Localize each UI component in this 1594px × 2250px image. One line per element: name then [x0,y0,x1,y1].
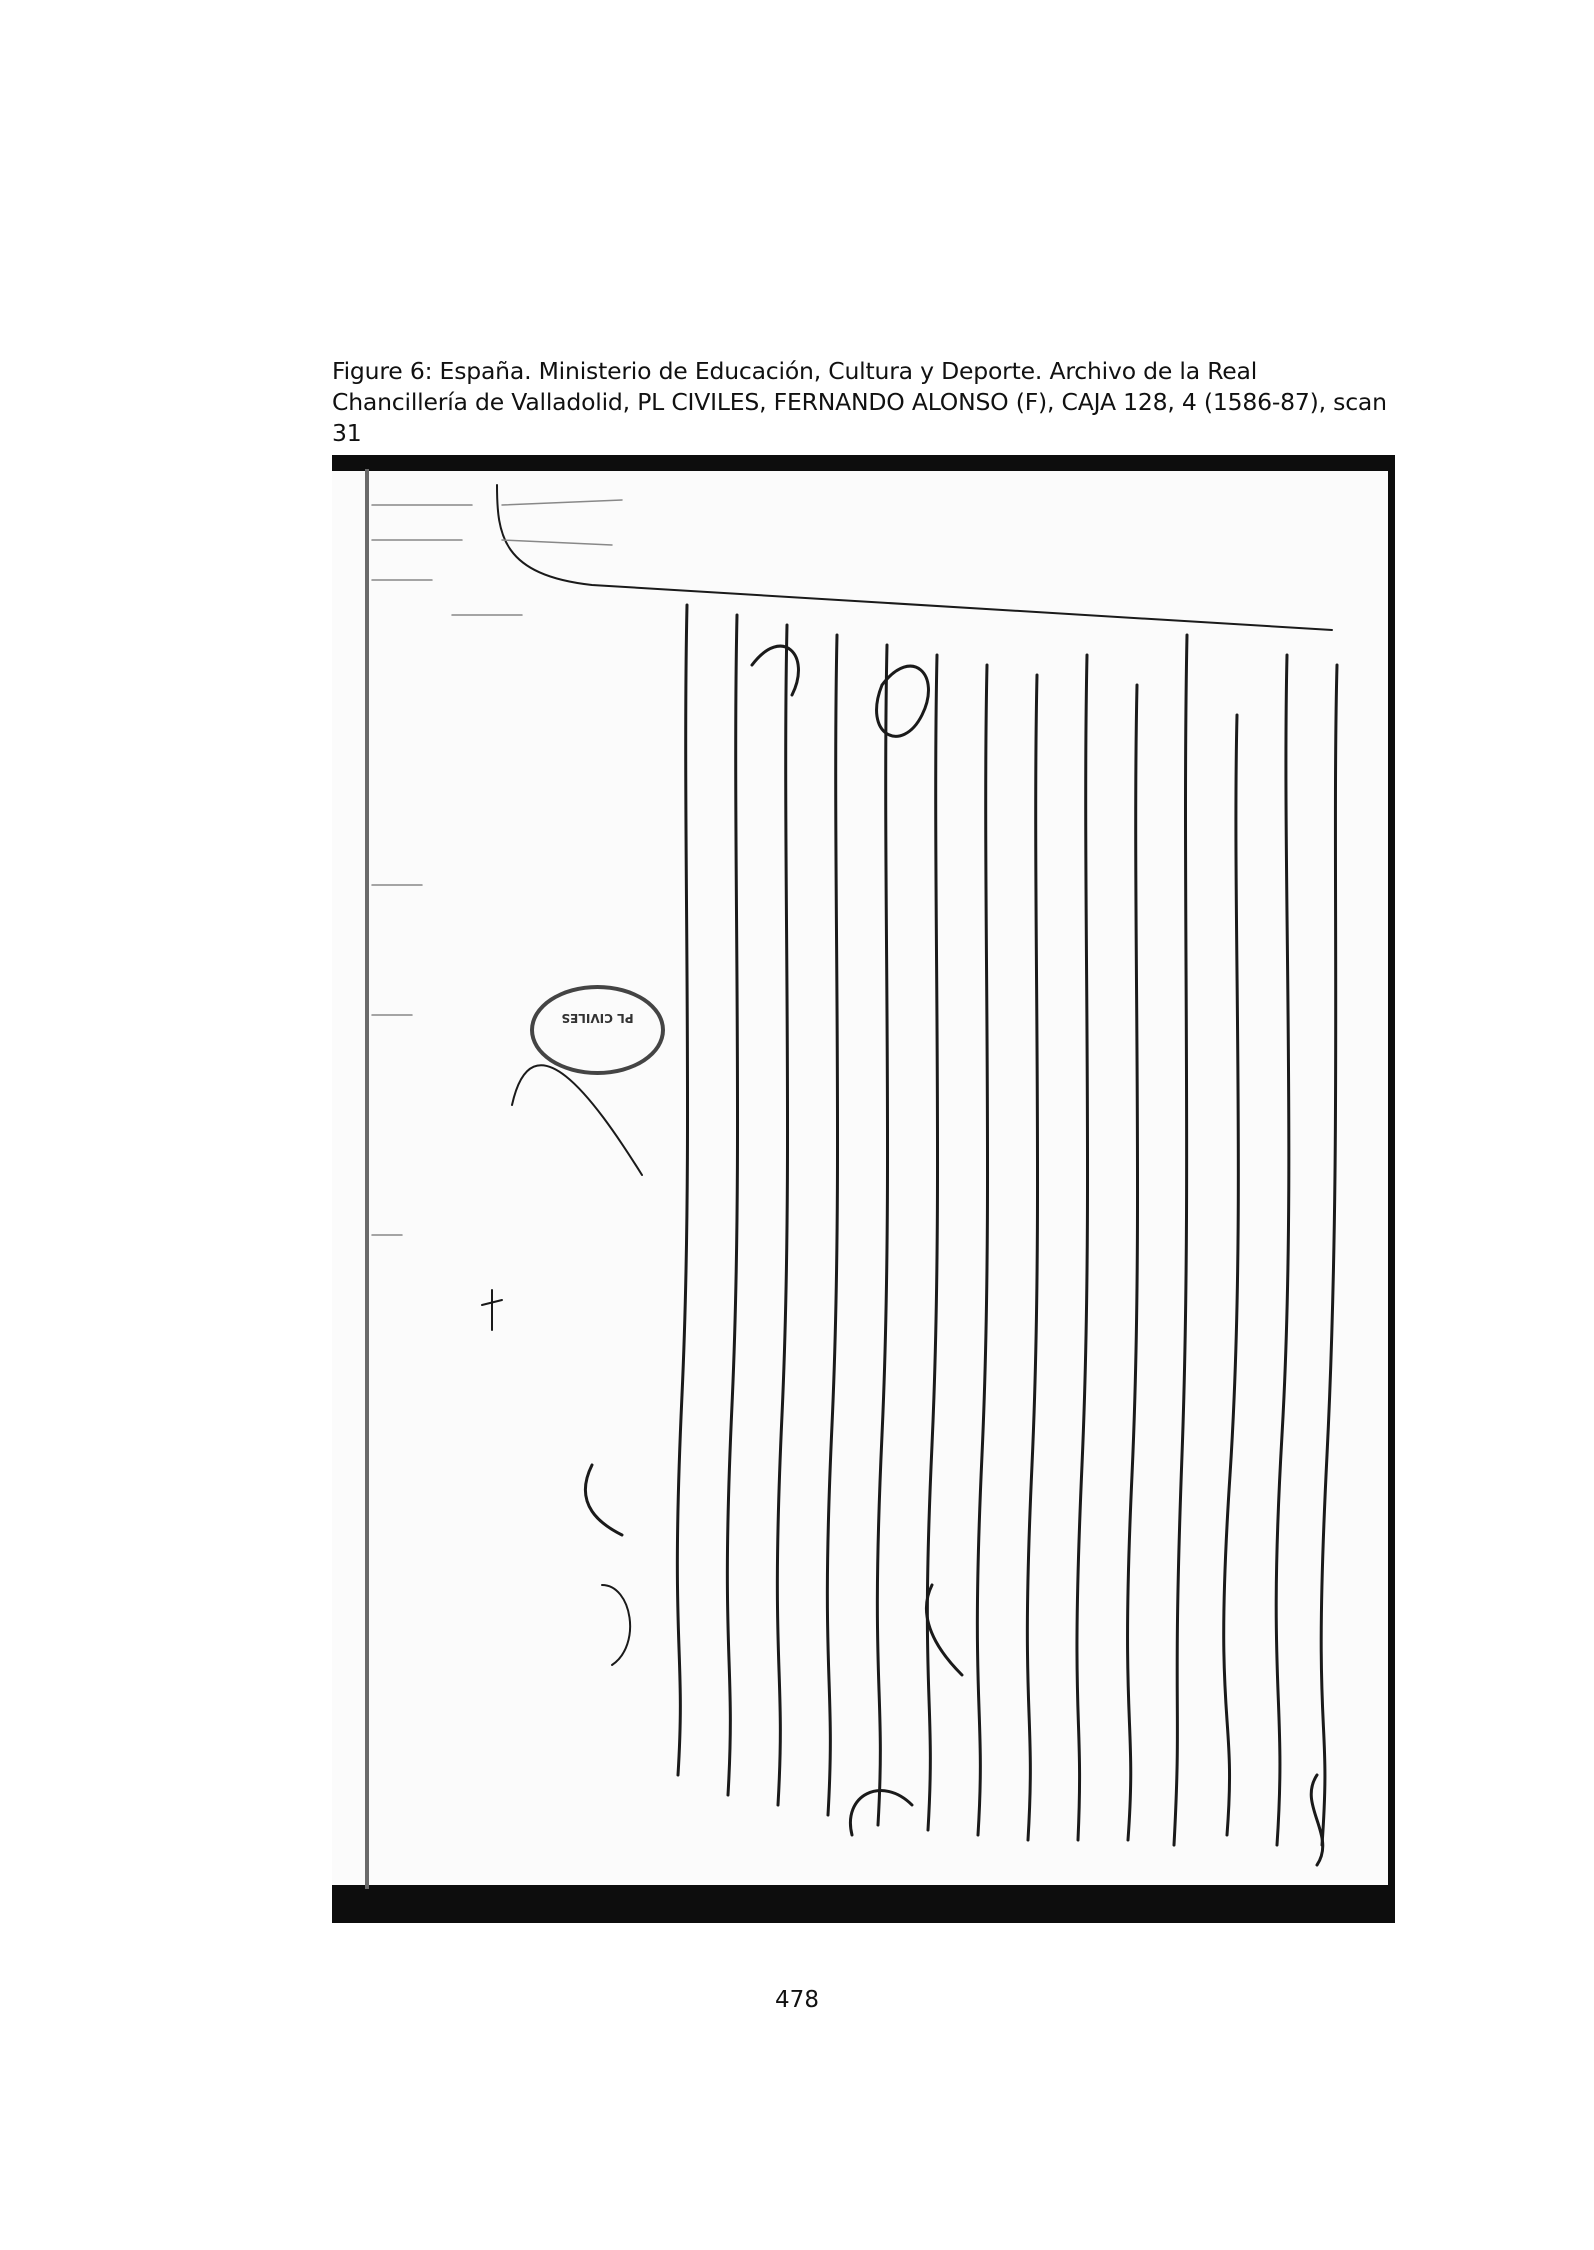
page-number: 478 [0,1987,1594,2013]
archive-stamp-text: PL CIVILES [534,1011,661,1025]
manuscript-scan-figure: PL CIVILES [332,455,1395,1923]
archive-stamp: PL CIVILES [530,985,665,1075]
figure-caption: Figure 6: España. Ministerio de Educació… [332,356,1397,449]
handwriting-strokes [332,455,1395,1923]
